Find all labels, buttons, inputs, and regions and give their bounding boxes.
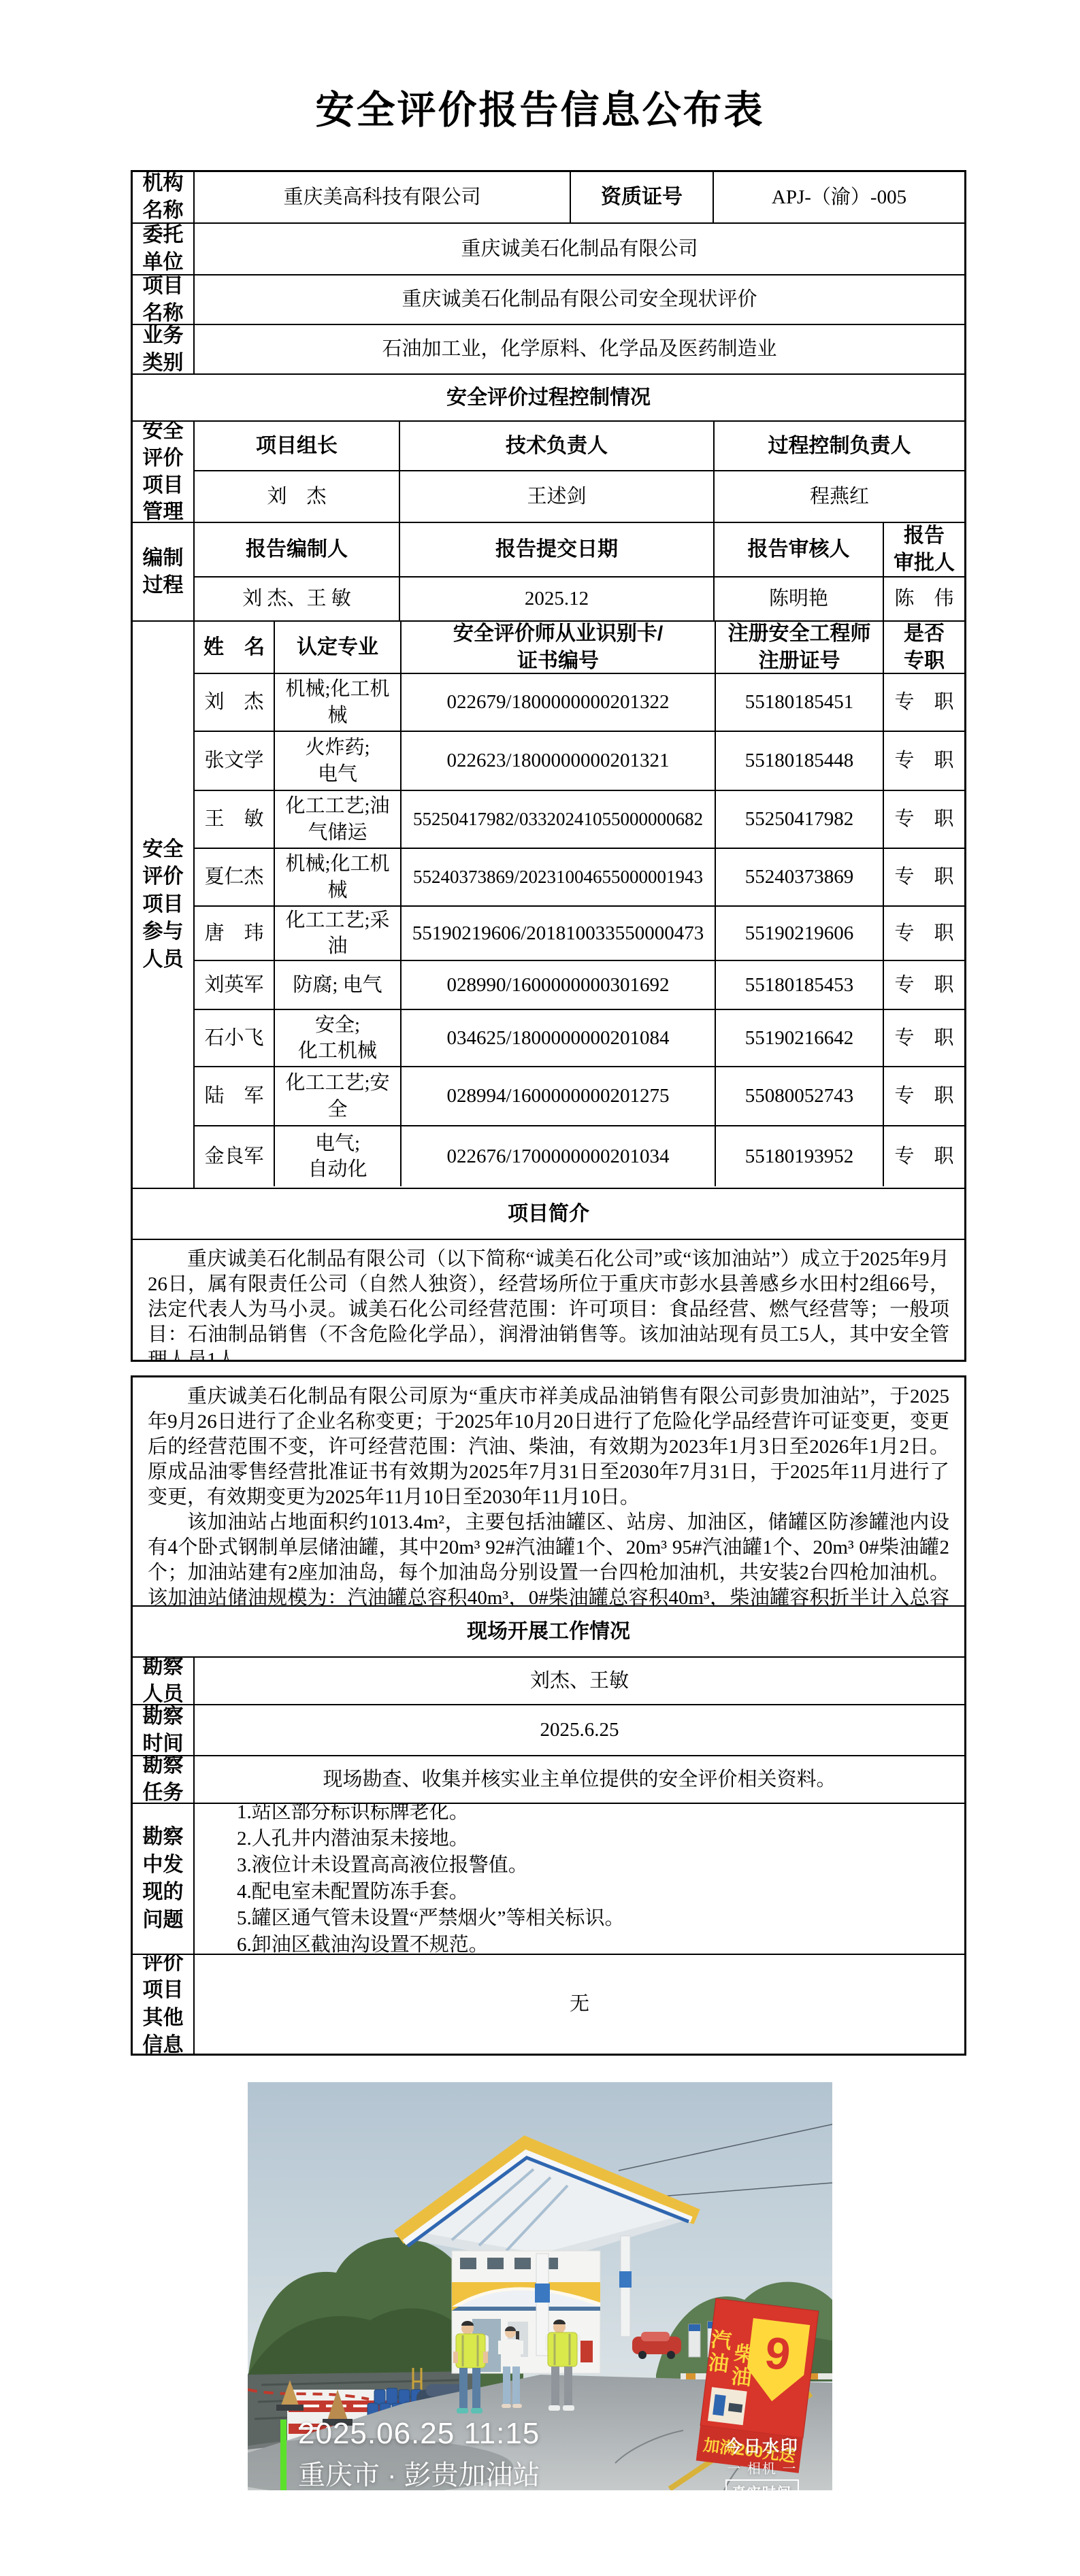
site-work-section-title: 现场开展工作情况 bbox=[133, 1607, 964, 1656]
participant-cert: 022623/1800000000201321 bbox=[400, 732, 715, 790]
participant-reg: 55240373869 bbox=[715, 849, 883, 905]
column-sign-1 bbox=[535, 2284, 550, 2303]
participant-fulltime: 专 职 bbox=[883, 674, 964, 731]
participant-name: 陆 军 bbox=[195, 1067, 274, 1125]
project-name-label: 项目 名称 bbox=[133, 275, 193, 324]
participant-major: 化工工艺;采 油 bbox=[274, 907, 400, 960]
participant-reg: 55080052743 bbox=[715, 1067, 883, 1125]
participant-cert: 022676/1700000000201034 bbox=[400, 1126, 715, 1186]
process-lead-value: 程燕红 bbox=[713, 471, 964, 522]
report-writer-header: 报告编制人 bbox=[195, 523, 399, 576]
participant-row: 金良军 电气; 自动化 022676/1700000000201034 5518… bbox=[195, 1125, 964, 1186]
participants-group: 姓 名 认定专业 安全评价师从业识别卡/ 证书编号 注册安全工程师 注册证号 是… bbox=[193, 622, 964, 1188]
watermark-camera-badge: 今日水印 一 相机 一 真实时间 防伪 UTN291MLURC629 bbox=[703, 2433, 821, 2490]
participant-fulltime: 专 职 bbox=[883, 791, 964, 848]
table-row: 委托 单位 重庆诚美石化制品有限公司 bbox=[133, 222, 964, 274]
participant-fulltime: 专 职 bbox=[883, 961, 964, 1009]
management-group: 项目组长 技术负责人 过程控制负责人 刘 杰 王述剑 程燕红 bbox=[193, 422, 964, 522]
intro-paragraph-2-3: 重庆诚美石化制品有限公司原为“重庆市祥美成品油销售有限公司彭贵加油站”，于202… bbox=[133, 1377, 964, 1605]
survey-time-value: 2025.6.25 bbox=[193, 1705, 964, 1755]
report-date-value: 2025.12 bbox=[399, 578, 713, 620]
name-header: 姓 名 bbox=[195, 622, 274, 673]
table-row: 机构 名称 重庆美高科技有限公司 资质证号 APJ-（渝）-005 bbox=[133, 172, 964, 222]
participant-row: 刘 杰 机械;化工机 械 022679/1800000000201322 551… bbox=[195, 673, 964, 731]
participant-row: 刘英军 防腐; 电气 028990/1600000000301692 55180… bbox=[195, 960, 964, 1009]
participant-major: 化工工艺;油 气储运 bbox=[274, 791, 400, 848]
survey-task-label: 勘察 任务 bbox=[133, 1756, 193, 1803]
participant-fulltime: 专 职 bbox=[883, 732, 964, 790]
paragraph-text: 重庆诚美石化制品有限公司原为“重庆市祥美成品油销售有限公司彭贵加油站”，于202… bbox=[148, 1384, 949, 1510]
participant-name: 石小飞 bbox=[195, 1010, 274, 1066]
participant-fulltime: 专 职 bbox=[883, 1010, 964, 1066]
watermark-app-title: 今日水印 bbox=[703, 2433, 821, 2458]
client-value: 重庆诚美石化制品有限公司 bbox=[193, 224, 964, 274]
participant-reg: 55190219606 bbox=[715, 907, 883, 960]
participant-row: 石小飞 安全; 化工机械 034625/1800000000201084 551… bbox=[195, 1009, 964, 1066]
table-row: 勘察 时间 2025.6.25 bbox=[133, 1704, 964, 1755]
report-reviewer-header: 报告审核人 bbox=[713, 523, 883, 576]
intro-section-title: 项目简介 bbox=[133, 1189, 964, 1239]
participant-fulltime: 专 职 bbox=[883, 849, 964, 905]
intro-paragraph-1: 重庆诚美石化制品有限公司（以下简称“诚美石化公司”或“该加油站”）成立于2025… bbox=[133, 1240, 964, 1360]
table-row: 勘察 中发 现的 问题 1.站区部分标识标牌老化。 2.人孔井内潜油泵未接地。 … bbox=[133, 1803, 964, 1954]
main-table-continued: 重庆诚美石化制品有限公司原为“重庆市祥美成品油销售有限公司彭贵加油站”，于202… bbox=[131, 1375, 966, 2056]
table-row: 安全评价过程控制情况 bbox=[133, 373, 964, 420]
table-row: 勘察 任务 现场勘查、收集并核实业主单位提供的安全评价相关资料。 bbox=[133, 1755, 964, 1803]
team-leader-header: 项目组长 bbox=[195, 422, 399, 470]
cert-no-value: APJ-（渝）-005 bbox=[713, 172, 964, 222]
survey-time-label: 勘察 时间 bbox=[133, 1705, 193, 1755]
other-info-label: 评价 项目 其他 信息 bbox=[133, 1955, 193, 2054]
report-approver-header: 报告 审批人 bbox=[883, 523, 964, 576]
participant-cert: 55240373869/20231004655000001943 bbox=[400, 849, 715, 905]
participant-reg: 55180185451 bbox=[715, 674, 883, 731]
participant-reg: 55180185448 bbox=[715, 732, 883, 790]
participant-name: 王 敏 bbox=[195, 791, 274, 848]
table-row: 安全 评价 项目 参与 人员 姓 名 认定专业 安全评价师从业识别卡/ 证书编号… bbox=[133, 620, 964, 1188]
compilation-group: 报告编制人 报告提交日期 报告审核人 报告 审批人 刘 杰、王 敏 2025.1… bbox=[193, 523, 964, 620]
participant-major: 化工工艺;安 全 bbox=[274, 1067, 400, 1125]
report-approver-value: 陈 伟 bbox=[883, 578, 964, 620]
main-table: 机构 名称 重庆美高科技有限公司 资质证号 APJ-（渝）-005 委托 单位 … bbox=[131, 170, 966, 1362]
major-header: 认定专业 bbox=[274, 622, 400, 673]
participant-major: 机械;化工机 械 bbox=[274, 674, 400, 731]
participant-cert: 034625/1800000000201084 bbox=[400, 1010, 715, 1066]
participant-row: 唐 玮 化工工艺;采 油 55190219606/201810033550000… bbox=[195, 905, 964, 960]
survey-task-value: 现场勘查、收集并核实业主单位提供的安全评价相关资料。 bbox=[193, 1756, 964, 1803]
client-label: 委托 单位 bbox=[133, 224, 193, 274]
fulltime-header: 是否 专职 bbox=[883, 622, 964, 673]
table-row: 刘 杰、王 敏 2025.12 陈明艳 陈 伟 bbox=[195, 576, 964, 620]
table-row: 项目 名称 重庆诚美石化制品有限公司安全现状评价 bbox=[133, 274, 964, 324]
participant-cert: 028994/1600000000201275 bbox=[400, 1067, 715, 1125]
participant-row: 王 敏 化工工艺;油 气储运 55250417982/0332024105500… bbox=[195, 790, 964, 848]
problems-label: 勘察 中发 现的 问题 bbox=[133, 1804, 193, 1954]
participant-name: 刘英军 bbox=[195, 961, 274, 1009]
report-reviewer-value: 陈明艳 bbox=[713, 578, 883, 620]
paragraph-text: 重庆诚美石化制品有限公司（以下简称“诚美石化公司”或“该加油站”）成立于2025… bbox=[148, 1247, 949, 1360]
participant-name: 张文学 bbox=[195, 732, 274, 790]
problem-item: 6.卸油区截油沟设置不规范。 bbox=[237, 1932, 489, 1954]
participant-name: 唐 玮 bbox=[195, 907, 274, 960]
process-lead-header: 过程控制负责人 bbox=[713, 422, 964, 470]
surveyors-label: 勘察 人员 bbox=[133, 1658, 193, 1704]
problem-item: 1.站区部分标识标牌老化。 bbox=[237, 1804, 469, 1826]
participant-row: 陆 军 化工工艺;安 全 028994/1600000000201275 550… bbox=[195, 1066, 964, 1125]
tech-lead-header: 技术负责人 bbox=[399, 422, 713, 470]
participant-reg: 55250417982 bbox=[715, 791, 883, 848]
problems-list: 1.站区部分标识标牌老化。 2.人孔井内潜油泵未接地。 3.液位计未设置高高液位… bbox=[193, 1804, 964, 1954]
participant-name: 刘 杰 bbox=[195, 674, 274, 731]
participant-row: 张文学 火炸药; 电气 022623/1800000000201321 5518… bbox=[195, 731, 964, 790]
table-row: 项目组长 技术负责人 过程控制负责人 bbox=[195, 422, 964, 470]
participant-major: 电气; 自动化 bbox=[274, 1126, 400, 1186]
appraiser-cert-header: 安全评价师从业识别卡/ 证书编号 bbox=[400, 622, 715, 673]
org-name-value: 重庆美高科技有限公司 bbox=[193, 172, 570, 222]
participant-reg: 55190216642 bbox=[715, 1010, 883, 1066]
participant-row: 夏仁杰 机械;化工机 械 55240373869/202310046550000… bbox=[195, 848, 964, 905]
watermark-timestamp: 2025.06.25 11:15 bbox=[298, 2417, 540, 2451]
column-sign-2 bbox=[619, 2271, 632, 2288]
team-leader-value: 刘 杰 bbox=[195, 471, 399, 522]
participant-cert: 55250417982/03320241055000000682 bbox=[400, 791, 715, 848]
tech-lead-value: 王述剑 bbox=[399, 471, 713, 522]
participant-major: 火炸药; 电气 bbox=[274, 732, 400, 790]
table-row: 刘 杰 王述剑 程燕红 bbox=[195, 470, 964, 522]
participant-name: 金良军 bbox=[195, 1126, 274, 1186]
participant-name: 夏仁杰 bbox=[195, 849, 274, 905]
participant-fulltime: 专 职 bbox=[883, 907, 964, 960]
watermark-app-sub: 一 相机 一 bbox=[703, 2458, 821, 2477]
table-row: 勘察 人员 刘杰、王敏 bbox=[133, 1656, 964, 1704]
participant-reg: 55180193952 bbox=[715, 1126, 883, 1186]
problem-item: 5.罐区通气管未设置“严禁烟火”等相关标识。 bbox=[237, 1905, 625, 1932]
compilation-label: 编制 过程 bbox=[133, 523, 193, 620]
table-row: 评价 项目 其他 信息 无 bbox=[133, 1954, 964, 2054]
watermark-green-bar bbox=[280, 2420, 287, 2490]
participant-major: 机械;化工机 械 bbox=[274, 849, 400, 905]
management-label: 安全 评价 项目 管理 bbox=[133, 422, 193, 522]
page-title: 安全评价报告信息公布表 bbox=[0, 79, 1080, 135]
participant-cert: 55190219606/201810033550000473 bbox=[400, 907, 715, 960]
report-date-header: 报告提交日期 bbox=[399, 523, 713, 576]
problem-item: 2.人孔井内潜油泵未接地。 bbox=[237, 1826, 469, 1852]
participant-reg: 55180185453 bbox=[715, 961, 883, 1009]
table-row: 安全 评价 项目 管理 项目组长 技术负责人 过程控制负责人 刘 杰 王述剑 程… bbox=[133, 420, 964, 522]
business-type-value: 石油加工业，化学原料、化学品及医药制造业 bbox=[193, 325, 964, 373]
participant-cert: 028990/1600000000301692 bbox=[400, 961, 715, 1009]
org-name-label: 机构 名称 bbox=[133, 172, 193, 222]
participant-cert: 022679/1800000000201322 bbox=[400, 674, 715, 731]
participant-fulltime: 专 职 bbox=[883, 1126, 964, 1186]
project-name-value: 重庆诚美石化制品有限公司安全现状评价 bbox=[193, 275, 964, 324]
business-type-label: 业务 类别 bbox=[133, 325, 193, 373]
surveyors-value: 刘杰、王敏 bbox=[193, 1658, 964, 1704]
problem-item: 3.液位计未设置高高液位报警值。 bbox=[237, 1852, 528, 1879]
cert-no-label: 资质证号 bbox=[570, 172, 713, 222]
table-row: 姓 名 认定专业 安全评价师从业识别卡/ 证书编号 注册安全工程师 注册证号 是… bbox=[195, 622, 964, 673]
table-row: 编制 过程 报告编制人 报告提交日期 报告审核人 报告 审批人 刘 杰、王 敏 … bbox=[133, 522, 964, 620]
table-row: 报告编制人 报告提交日期 报告审核人 报告 审批人 bbox=[195, 523, 964, 576]
participant-major: 防腐; 电气 bbox=[274, 961, 400, 1009]
other-info-value: 无 bbox=[193, 1955, 964, 2054]
participant-major: 安全; 化工机械 bbox=[274, 1010, 400, 1066]
table-row: 业务 类别 石油加工业，化学原料、化学品及医药制造业 bbox=[133, 324, 964, 373]
participant-fulltime: 专 职 bbox=[883, 1067, 964, 1125]
watermark-realtime-badge: 真实时间 bbox=[725, 2479, 799, 2490]
problem-item: 4.配电室未配置防冻手套。 bbox=[237, 1879, 469, 1905]
report-writer-value: 刘 杰、王 敏 bbox=[195, 578, 399, 620]
table-row: 现场开展工作情况 bbox=[133, 1605, 964, 1656]
table-row: 项目简介 bbox=[133, 1188, 964, 1239]
site-photo: 汽油 柴油 9 加满200元送 2025.06.25 11:15 重庆市 · 彭… bbox=[248, 2082, 832, 2490]
process-control-section-title: 安全评价过程控制情况 bbox=[133, 375, 964, 420]
table-row: 重庆诚美石化制品有限公司原为“重庆市祥美成品油销售有限公司彭贵加油站”，于202… bbox=[133, 1377, 964, 1605]
paragraph-text: 该加油站占地面积约1013.4m²，主要包括油罐区、站房、加油区，储罐区防渗罐池… bbox=[148, 1510, 949, 1605]
watermark-location: 重庆市 · 彭贵加油站 bbox=[298, 2454, 540, 2490]
participants-label: 安全 评价 项目 参与 人员 bbox=[133, 622, 193, 1188]
registered-engineer-header: 注册安全工程师 注册证号 bbox=[715, 622, 883, 673]
document-page: 安全评价报告信息公布表 机构 名称 重庆美高科技有限公司 资质证号 APJ-（渝… bbox=[0, 0, 1080, 2576]
table-row: 重庆诚美石化制品有限公司（以下简称“诚美石化公司”或“该加油站”）成立于2025… bbox=[133, 1239, 964, 1360]
